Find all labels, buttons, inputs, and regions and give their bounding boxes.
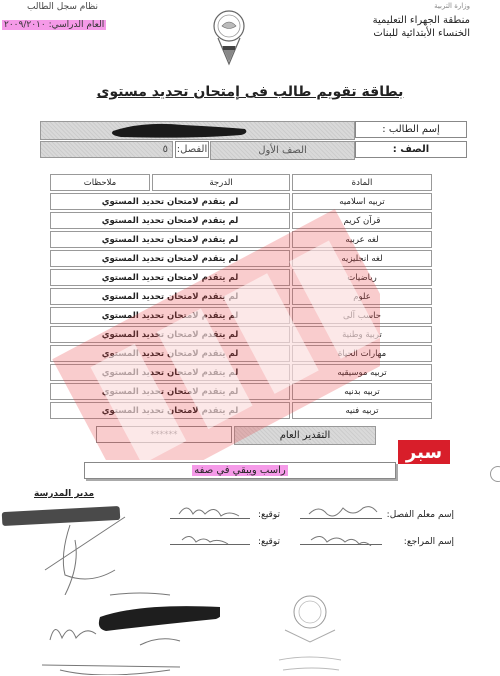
academic-year: العام الدراسي: ٢٠٠٩/٢٠١٠ (2, 20, 106, 30)
result-cell: لم يتقدم لامتحان تحديد المستوي (50, 288, 290, 305)
header-grade: الدرجة (152, 174, 290, 191)
system-name: نظام سجل الطالب (6, 2, 98, 12)
teacher-name-label: إسم معلم الفصل: (387, 510, 454, 520)
result-cell: لم يتقدم لامتحان تحديد المستوي (50, 402, 290, 419)
class-value: ٥ (40, 141, 173, 158)
subject-cell: تربيه موسيقيه (292, 364, 432, 381)
result-cell: لم يتقدم لامتحان تحديد المستوي (50, 383, 290, 400)
kuwait-emblem-icon (210, 8, 248, 68)
reviewer-signature-icon (178, 530, 238, 546)
page-title: بطاقة تقويم طالب فى إمتحان تحديد مستوى (0, 84, 500, 100)
region-name: منطقة الجهراء التعليمية (373, 14, 470, 27)
subject-cell: مهارات الحياة (292, 345, 432, 362)
student-name-label: إسم الطالب : (355, 121, 467, 138)
academic-year-text: العام الدراسي: ٢٠٠٩/٢٠١٠ (2, 20, 106, 30)
subject-cell: حاسب آلى (292, 307, 432, 324)
subject-cell: قرآن كريم (292, 212, 432, 229)
teacher-signature-icon (175, 500, 245, 518)
result-cell: لم يتقدم لامتحان تحديد المستوي (50, 269, 290, 286)
reviewer-sign-label: توقيع: (258, 537, 280, 547)
subject-cell: تربيه فنيه (292, 402, 432, 419)
school-header: منطقة الجهراء التعليمية الخنساء الأبتدائ… (373, 14, 470, 40)
subject-cell: علوم (292, 288, 432, 305)
result-cell: لم يتقدم لامتحان تحديد المستوي (50, 345, 290, 362)
subject-cell: تربية وطنية (292, 326, 432, 343)
principal-signature-icon (30, 505, 130, 595)
subject-cell: تربيه اسلاميه (292, 193, 432, 210)
principal-label: مدير المدرسة (34, 489, 94, 499)
final-result-text: راسب ويبقي في صفه (192, 465, 287, 476)
student-name-field (40, 121, 355, 140)
subject-cell: لغه عربيه (292, 231, 432, 248)
grade-value: الصف الأول (210, 141, 355, 160)
final-result-field: راسب ويبقي في صفه (84, 462, 396, 479)
teacher-sign-line (170, 518, 250, 519)
sabr-logo-badge: سبر (398, 440, 450, 464)
school-name: الخنساء الأبتدائية للبنات (373, 27, 470, 40)
teacher-name-handwriting-icon (305, 502, 380, 520)
copy-certification-stamp-icon (30, 585, 220, 675)
reviewer-name-handwriting-icon (305, 530, 380, 546)
result-cell: لم يتقدم لامتحان تحديد المستوي (50, 307, 290, 324)
grade-label: الصف : (355, 141, 467, 158)
result-cell: لم يتقدم لامتحان تحديد المستوي (50, 364, 290, 381)
result-cell: لم يتقدم لامتحان تحديد المستوي (50, 250, 290, 267)
subject-cell: لغه انجليزيه (292, 250, 432, 267)
ministry-name: وزارة التربية (434, 2, 470, 10)
header-notes: ملاحظات (50, 174, 150, 191)
header-subject: المادة (292, 174, 432, 191)
result-cell: لم يتقدم لامتحان تحديد المستوي (50, 212, 290, 229)
ministry-stamp-icon (265, 590, 355, 676)
overall-grade-label: التقدير العام (234, 426, 376, 445)
class-label: الفصل: (175, 141, 209, 158)
result-cell: لم يتقدم لامتحان تحديد المستوي (50, 326, 290, 343)
overall-grade-value: ****** (96, 426, 232, 443)
result-cell: لم يتقدم لامتحان تحديد المستوي (50, 193, 290, 210)
subject-cell: تربيه بدنيه (292, 383, 432, 400)
subject-cell: رياضيات (292, 269, 432, 286)
reviewer-name-label: إسم المراجع: (404, 537, 454, 547)
redaction-mark-icon (109, 123, 249, 138)
punch-hole-icon (490, 466, 500, 482)
result-cell: لم يتقدم لامتحان تحديد المستوي (50, 231, 290, 248)
teacher-sign-label: توقيع: (258, 510, 280, 520)
